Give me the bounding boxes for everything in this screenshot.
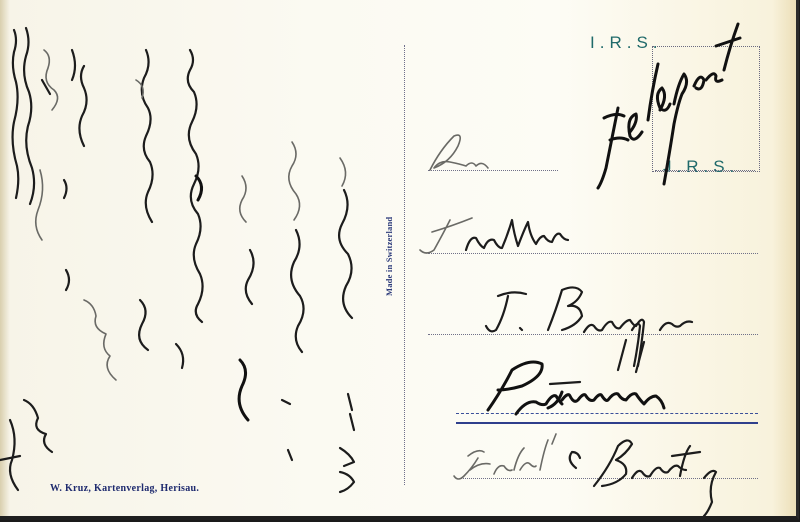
publisher-imprint: W. Kruz, Kartenverlag, Herisau.	[50, 483, 199, 494]
address-line-1b	[655, 170, 755, 171]
address-line-salutation: An	[0, 0, 1, 1]
address-line-5	[460, 478, 758, 479]
message-line: Wildhaus, den 11. 7. 32	[0, 0, 1, 1]
address-line-4-double	[456, 422, 758, 424]
address-line-3	[428, 334, 758, 335]
message-transcription: Wildhaus, den 11. 7. 32 Liebe Schwester!…	[0, 0, 1, 1]
address-line-1	[428, 170, 558, 171]
address-transcription: An Fräulein I. Bernegger Pontresina Hote…	[0, 0, 1, 1]
address-line-4	[456, 413, 758, 414]
center-divider	[404, 45, 405, 485]
made-in-label: Made in Switzerland	[384, 217, 394, 296]
address-line-2	[428, 253, 758, 254]
postcard-back: Made in Switzerland W. Kruz, Kartenverla…	[0, 0, 799, 520]
stamp-box	[652, 46, 760, 172]
censor-mark-bottom: J.R.S.	[663, 157, 739, 177]
censor-mark-top: I.R.S.	[590, 33, 663, 53]
